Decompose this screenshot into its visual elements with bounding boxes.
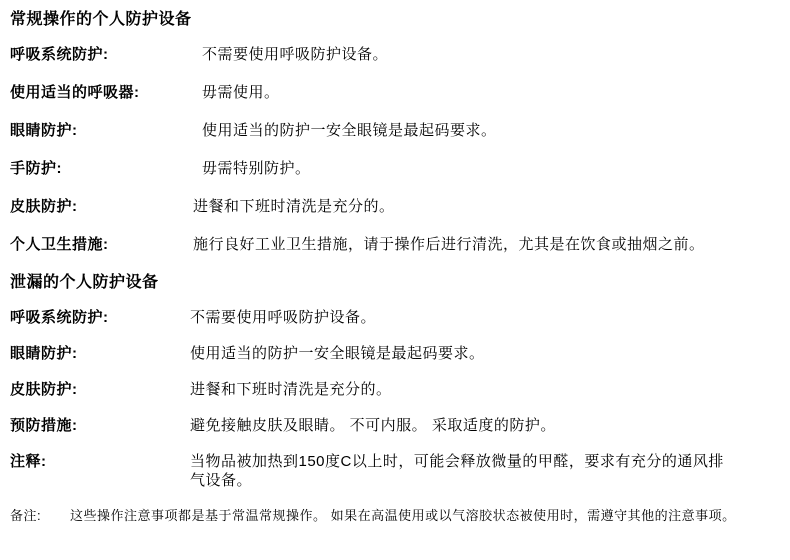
section-spill-leak: 泄漏的个人防护设备 呼吸系统防护: 不需要使用呼吸防护设备。 眼睛防护: 使用适…: [10, 273, 778, 490]
pe-row-eye: 眼睛防护: 使用适当的防护一安全眼镜是最起码要求。: [10, 121, 778, 140]
field-value: 使用适当的防护一安全眼镜是最起码要求。: [190, 344, 485, 363]
msds-protective-equipment-document: 常规操作的个人防护设备 呼吸系统防护: 不需要使用呼吸防护设备。 使用适当的呼吸…: [0, 0, 790, 524]
field-value: 毋需特别防护。: [202, 159, 311, 178]
field-label: 呼吸系统防护:: [10, 45, 202, 64]
field-label: 皮肤防护:: [10, 197, 193, 216]
field-value: 进餐和下班时清洗是充分的。: [193, 197, 395, 216]
pe-row-skin: 皮肤防护: 进餐和下班时清洗是充分的。: [10, 380, 778, 399]
field-value: 不需要使用呼吸防护设备。: [202, 45, 388, 64]
field-label: 皮肤防护:: [10, 380, 190, 399]
field-value: 避免接触皮肤及眼睛。 不可内服。 采取适度的防护。: [190, 416, 556, 435]
pe-row-respiratory: 呼吸系统防护: 不需要使用呼吸防护设备。: [10, 45, 778, 64]
field-label: 手防护:: [10, 159, 202, 178]
field-value: 使用适当的防护一安全眼镜是最起码要求。: [202, 121, 497, 140]
pe-row-remark: 注释: 当物品被加热到150度C以上时，可能会释放微量的甲醛，要求有充分的通风排…: [10, 452, 778, 490]
footnote-row: 备注: 这些操作注意事项都是基于常温常规操作。 如果在高温使用或以气溶胶状态被使…: [10, 507, 778, 524]
field-label: 使用适当的呼吸器:: [10, 83, 202, 102]
section-normal-operation: 常规操作的个人防护设备 呼吸系统防护: 不需要使用呼吸防护设备。 使用适当的呼吸…: [10, 10, 778, 254]
field-label: 呼吸系统防护:: [10, 308, 190, 327]
footnote-label: 备注:: [10, 507, 70, 524]
field-label: 眼睛防护:: [10, 121, 202, 140]
field-label: 个人卫生措施:: [10, 235, 193, 254]
section-title-spill-leak: 泄漏的个人防护设备: [10, 273, 778, 292]
footnote-value: 这些操作注意事项都是基于常温常规操作。 如果在高温使用或以气溶胶状态被使用时，需…: [70, 507, 736, 524]
pe-row-eye: 眼睛防护: 使用适当的防护一安全眼镜是最起码要求。: [10, 344, 778, 363]
pe-row-respiratory: 呼吸系统防护: 不需要使用呼吸防护设备。: [10, 308, 778, 327]
section-title-normal-operation: 常规操作的个人防护设备: [10, 10, 778, 29]
pe-row-hygiene: 个人卫生措施: 施行良好工业卫生措施，请于操作后进行清洗，尤其是在饮食或抽烟之前…: [10, 235, 778, 254]
field-label: 预防措施:: [10, 416, 190, 435]
field-label: 眼睛防护:: [10, 344, 190, 363]
field-value: 不需要使用呼吸防护设备。: [190, 308, 376, 327]
field-value: 当物品被加热到150度C以上时，可能会释放微量的甲醛，要求有充分的通风排气设备。: [190, 452, 738, 490]
pe-row-hand: 手防护: 毋需特别防护。: [10, 159, 778, 178]
field-value: 施行良好工业卫生措施，请于操作后进行清洗，尤其是在饮食或抽烟之前。: [193, 235, 705, 254]
field-label: 注释:: [10, 452, 190, 471]
pe-row-respirator: 使用适当的呼吸器: 毋需使用。: [10, 83, 778, 102]
pe-row-precaution: 预防措施: 避免接触皮肤及眼睛。 不可内服。 采取适度的防护。: [10, 416, 778, 435]
pe-row-skin: 皮肤防护: 进餐和下班时清洗是充分的。: [10, 197, 778, 216]
field-value: 毋需使用。: [202, 83, 280, 102]
field-value: 进餐和下班时清洗是充分的。: [190, 380, 392, 399]
